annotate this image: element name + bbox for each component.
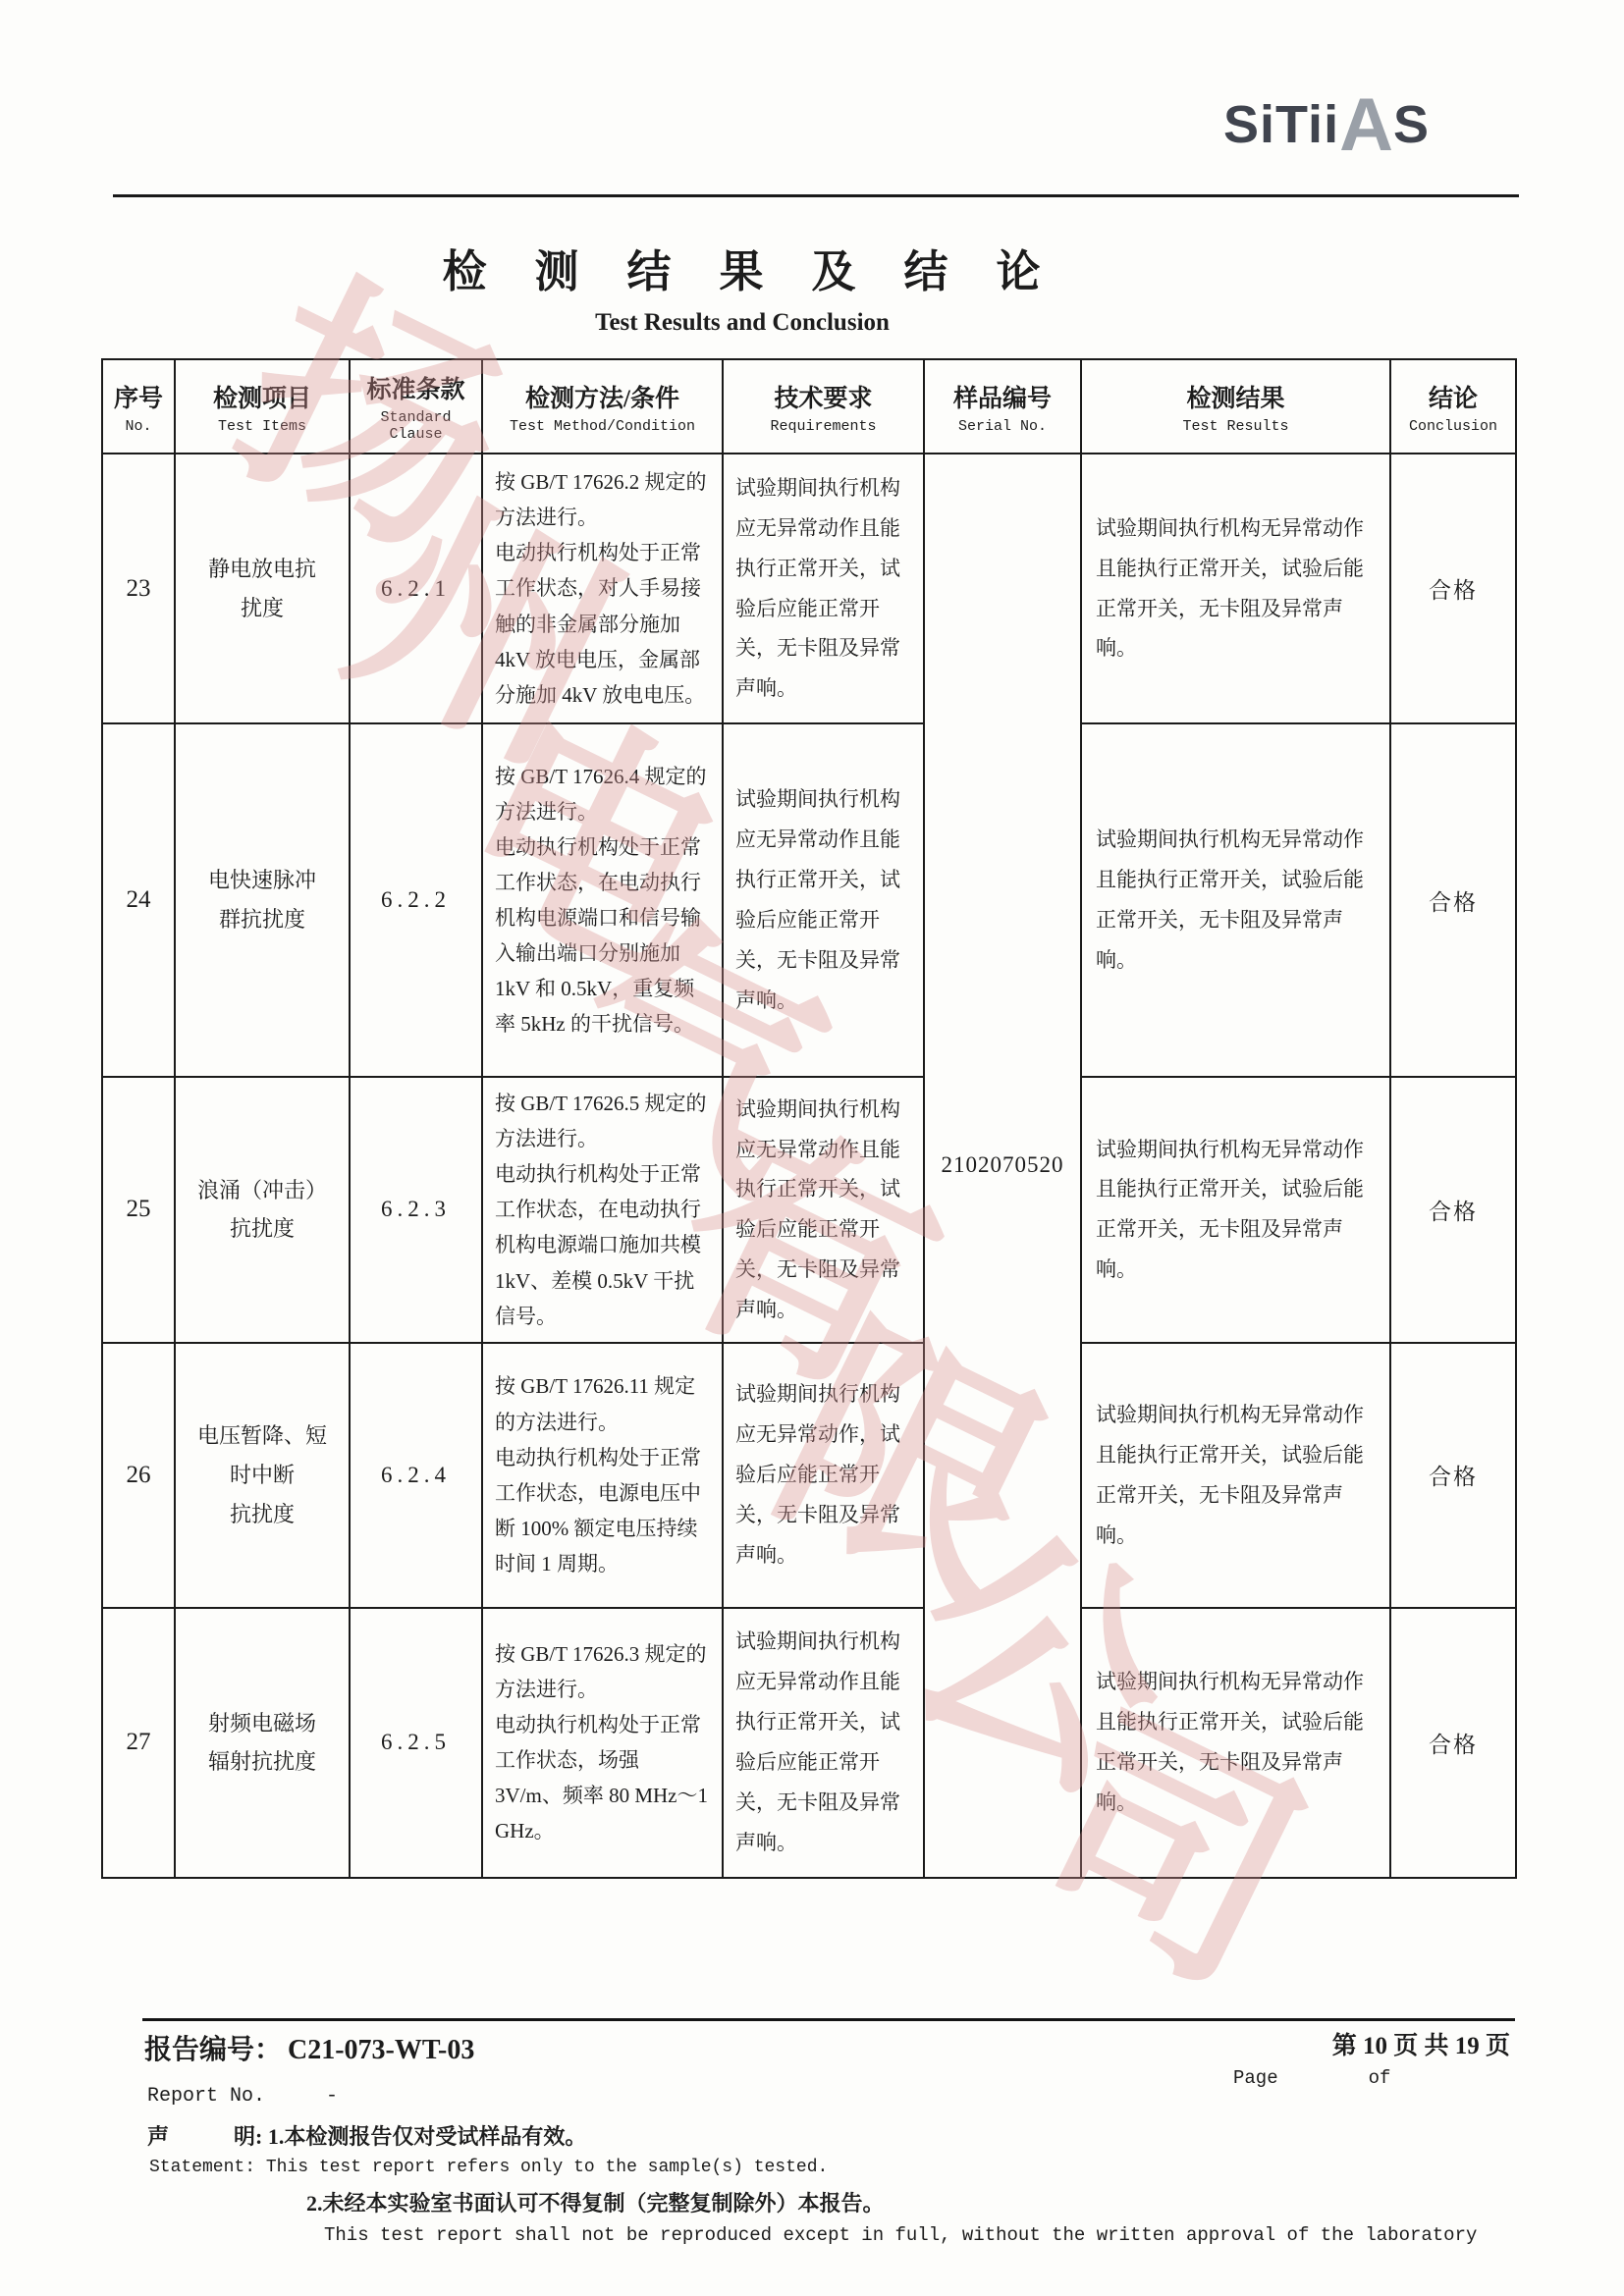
cell-no: 26 [102,1343,175,1608]
col-header-test-items-zh: 检测项目 [178,379,347,414]
col-header-serial-no-zh: 样品编号 [927,379,1078,414]
col-header-standard-clause-en: Standard Clause [352,409,479,443]
cell-standard-clause: 6.2.3 [350,1077,482,1343]
header-divider [113,194,1519,197]
report-number: 报告编号：C21-073-WT-03 [144,2028,474,2067]
table-row-23: 23 静电放电抗 扰度 6.2.1 按 GB/T 17626.2 规定的方法进行… [102,454,1516,723]
table-row-24: 24 电快速脉冲 群抗扰度 6.2.2 按 GB/T 17626.4 规定的方法… [102,723,1516,1077]
cell-test-method: 按 GB/T 17626.4 规定的方法进行。 电动执行机构处于正常工作状态，在… [482,723,723,1077]
footer-divider [142,2018,1515,2021]
cell-requirements: 试验期间执行机构应无异常动作且能执行正常开关，试验后应能正常开关，无卡阻及异常声… [723,1608,924,1878]
statement-line-2-en: This test report shall not be reproduced… [324,2224,1477,2246]
col-header-serial-no-en: Serial No. [927,418,1078,435]
col-header-conclusion-en: Conclusion [1393,418,1513,435]
col-header-requirements-zh: 技术要求 [726,379,921,414]
col-header-method: 检测方法/条件 Test Method/Condition [482,359,723,454]
col-header-method-zh: 检测方法/条件 [485,379,720,414]
col-header-test-results-en: Test Results [1084,418,1387,435]
page-number-en: Pageof [1233,2067,1390,2089]
col-header-requirements: 技术要求 Requirements [723,359,924,454]
cell-test-item: 电压暂降、短 时中断 抗扰度 [175,1343,350,1608]
page-label: Page [1233,2067,1278,2089]
report-number-en-label: Report No. [147,2085,265,2108]
brand-logo: SiTiiAS [1223,82,1430,168]
logo-text-pre: SiTii [1223,95,1339,154]
table-row-26: 26 电压暂降、短 时中断 抗扰度 6.2.4 按 GB/T 17626.11 … [102,1343,1516,1608]
cell-test-item: 电快速脉冲 群抗扰度 [175,723,350,1077]
cell-conclusion: 合格 [1390,454,1516,723]
col-header-test-results-zh: 检测结果 [1084,379,1387,414]
page-title: 检 测 结 果 及 结 论 [0,236,1485,299]
report-number-value: C21-073-WT-03 [288,2035,474,2065]
cell-no: 25 [102,1077,175,1343]
cell-requirements: 试验期间执行机构应无异常动作且能执行正常开关，试验后应能正常开关，无卡阻及异常声… [723,723,924,1077]
page-subtitle: Test Results and Conclusion [0,309,1485,337]
col-header-test-items: 检测项目 Test Items [175,359,350,454]
col-header-standard-clause-zh: 标准条款 [352,370,479,405]
cell-conclusion: 合格 [1390,723,1516,1077]
report-number-label: 报告编号： [144,2035,282,2065]
cell-conclusion: 合格 [1390,1077,1516,1343]
cell-serial-no: 2102070520 [924,454,1081,1878]
cell-test-result: 试验期间执行机构无异常动作且能执行正常开关，试验后能正常开关，无卡阻及异常声响。 [1081,1343,1390,1608]
cell-test-method: 按 GB/T 17626.3 规定的方法进行。 电动执行机构处于正常工作状态，场… [482,1608,723,1878]
cell-conclusion: 合格 [1390,1608,1516,1878]
cell-test-method: 按 GB/T 17626.5 规定的方法进行。 电动执行机构处于正常工作状态，在… [482,1077,723,1343]
cell-test-result: 试验期间执行机构无异常动作且能执行正常开关，试验后能正常开关，无卡阻及异常声响。 [1081,1077,1390,1343]
cell-test-item: 静电放电抗 扰度 [175,454,350,723]
logo-letter-a: A [1339,83,1393,167]
statement-line-1-en: Statement: This test report refers only … [149,2158,828,2177]
cell-test-result: 试验期间执行机构无异常动作且能执行正常开关，试验后能正常开关，无卡阻及异常声响。 [1081,454,1390,723]
title-block: 检 测 结 果 及 结 论 Test Results and Conclusio… [0,236,1485,337]
table-row-25: 25 浪涌（冲击） 抗扰度 6.2.3 按 GB/T 17626.5 规定的方法… [102,1077,1516,1343]
col-header-requirements-en: Requirements [726,418,921,435]
cell-test-method: 按 GB/T 17626.2 规定的方法进行。 电动执行机构处于正常工作状态，对… [482,454,723,723]
cell-standard-clause: 6.2.4 [350,1343,482,1608]
statement-line-1-zh: 声 明: 1.本检测报告仅对受试样品有效。 [147,2120,586,2151]
col-header-conclusion: 结论 Conclusion [1390,359,1516,454]
cell-test-method: 按 GB/T 17626.11 规定的方法进行。 电动执行机构处于正常工作状态，… [482,1343,723,1608]
page-number-zh: 第 10 页 共 19 页 [1332,2026,1510,2061]
cell-test-result: 试验期间执行机构无异常动作且能执行正常开关，试验后能正常开关，无卡阻及异常声响。 [1081,723,1390,1077]
col-header-no: 序号 No. [102,359,175,454]
cell-no: 27 [102,1608,175,1878]
col-header-method-en: Test Method/Condition [485,418,720,435]
table-header-row: 序号 No. 检测项目 Test Items 标准条款 Standard Cla… [102,359,1516,454]
cell-requirements: 试验期间执行机构应无异常动作，试验后应能正常开关，无卡阻及异常声响。 [723,1343,924,1608]
cell-test-item: 浪涌（冲击） 抗扰度 [175,1077,350,1343]
col-header-conclusion-zh: 结论 [1393,379,1513,414]
cell-standard-clause: 6.2.1 [350,454,482,723]
col-header-standard-clause: 标准条款 Standard Clause [350,359,482,454]
cell-test-result: 试验期间执行机构无异常动作且能执行正常开关，试验后能正常开关，无卡阻及异常声响。 [1081,1608,1390,1878]
col-header-serial-no: 样品编号 Serial No. [924,359,1081,454]
cell-no: 23 [102,454,175,723]
cell-requirements: 试验期间执行机构应无异常动作且能执行正常开关，试验后应能正常开关，无卡阻及异常声… [723,454,924,723]
logo-text-post: S [1393,95,1430,154]
col-header-test-items-en: Test Items [178,418,347,435]
col-header-no-zh: 序号 [105,379,172,414]
cell-conclusion: 合格 [1390,1343,1516,1608]
col-header-test-results: 检测结果 Test Results [1081,359,1390,454]
cell-standard-clause: 6.2.2 [350,723,482,1077]
statement-line-2-zh: 2.未经本实验室书面认可不得复制（完整复制除外）本报告。 [306,2187,885,2217]
report-number-en: Report No.- [147,2085,338,2108]
cell-standard-clause: 6.2.5 [350,1608,482,1878]
report-number-en-value: - [326,2085,338,2108]
cell-test-item: 射频电磁场 辐射抗扰度 [175,1608,350,1878]
table-row-27: 27 射频电磁场 辐射抗扰度 6.2.5 按 GB/T 17626.3 规定的方… [102,1608,1516,1878]
results-table: 序号 No. 检测项目 Test Items 标准条款 Standard Cla… [101,358,1517,1879]
cell-no: 24 [102,723,175,1077]
col-header-no-en: No. [105,418,172,435]
cell-requirements: 试验期间执行机构应无异常动作且能执行正常开关，试验后应能正常开关，无卡阻及异常声… [723,1077,924,1343]
page-of-label: of [1369,2067,1391,2089]
report-page: 扬 州 电 气 有 限 公 司 SiTiiAS 检 测 结 果 及 结 论 Te… [0,0,1624,2296]
